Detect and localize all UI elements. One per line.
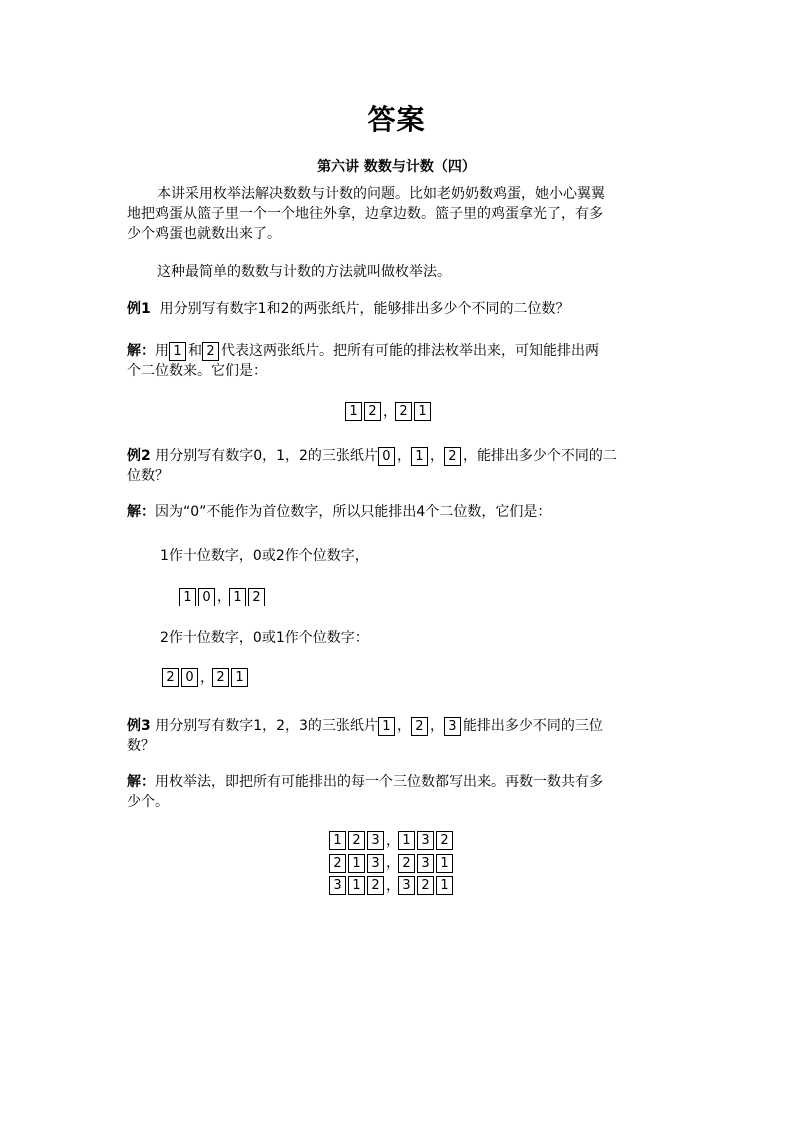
number-card: 3 — [367, 831, 384, 850]
example2-question: 例2 用分别写有数字0，1，2的三张纸片0，1，2，能排出多少个不同的二 — [127, 446, 617, 466]
example3-results: 123，132 213，231 312，321 — [329, 829, 455, 897]
example3-answer: 解：用枚举法，即把所有可能排出的每一个三位数都写出来。再数一数共有多 — [127, 772, 603, 792]
number-card: 1 — [329, 831, 346, 850]
number-card: 2 — [444, 447, 461, 466]
example3-answer-line2: 少个。 — [127, 792, 169, 812]
number-card: 1 — [348, 854, 365, 873]
lesson-subtitle: 第六讲 数数与计数（四） — [0, 156, 793, 176]
example3-question-line2: 数？ — [127, 736, 155, 756]
number-card: 3 — [417, 854, 434, 873]
number-card: 1 — [348, 876, 365, 895]
comma: ， — [430, 718, 444, 734]
separator: ， — [386, 852, 398, 874]
number-card: 2 — [395, 402, 412, 421]
number-card: 1 — [179, 588, 196, 606]
example1-answer-label: 解： — [127, 343, 155, 359]
comma: ， — [397, 448, 411, 464]
question-text: 能排出多少个不同的二 — [477, 448, 617, 464]
question-text: 用分别写有数字0，1，2的三张纸片 — [155, 448, 378, 464]
comma: ， — [463, 448, 477, 464]
intro-line-4: 这种最简单的数数与计数的方法就叫做枚举法。 — [157, 262, 451, 282]
number-card: 1 — [398, 831, 415, 850]
separator: ， — [217, 586, 229, 608]
example2-case1-results: 10，12 — [179, 585, 267, 608]
example2-case1: 1作十位数字，0或2作个位数字， — [160, 546, 369, 566]
number-card: 3 — [367, 854, 384, 873]
separator: ， — [386, 830, 398, 852]
example1-results: 12，21 — [345, 400, 433, 423]
example2-answer-label: 解： — [127, 504, 155, 520]
number-card: 1 — [229, 588, 246, 606]
example1-answer: 解：用1和2代表这两张纸片。把所有可能的排法枚举出来，可知能排出两 — [127, 341, 599, 361]
answer-text: 代表这两张纸片。把所有可能的排法枚举出来，可知能排出两 — [221, 343, 599, 359]
question-text: 用分别写有数字1，2，3的三张纸片 — [155, 718, 378, 734]
separator: ， — [200, 667, 212, 689]
number-card: 2 — [329, 854, 346, 873]
number-card: 1 — [345, 402, 362, 421]
example2-question-line2: 位数？ — [127, 466, 169, 486]
question-text: 能排出多少不同的三位 — [463, 718, 603, 734]
example3-question: 例3 用分别写有数字1，2，3的三张纸片1，2，3能排出多少不同的三位 — [127, 716, 603, 736]
number-card: 3 — [444, 717, 461, 736]
example1-question: 例1 用分别写有数字1和2的两张纸片，能够排出多少个不同的二位数？ — [127, 299, 569, 319]
intro-line-1: 本讲采用枚举法解决数数与计数的问题。比如老奶奶数鸡蛋，她小心翼翼 — [157, 184, 605, 204]
number-card: 1 — [414, 402, 431, 421]
number-card: 2 — [248, 588, 265, 606]
example2-label: 例2 — [127, 448, 151, 464]
number-card: 1 — [169, 342, 186, 361]
number-card: 0 — [198, 588, 215, 606]
intro-line-2: 地把鸡蛋从篮子里一个一个地往外拿，边拿边数。篮子里的鸡蛋拿光了，有多 — [127, 204, 603, 224]
answer-text: 和 — [188, 343, 202, 359]
example3-answer-label: 解： — [127, 774, 155, 790]
example2-answer: 解：因为“0”不能作为首位数字，所以只能排出4个二位数，它们是： — [127, 502, 551, 522]
number-card: 1 — [378, 717, 395, 736]
number-card: 2 — [436, 831, 453, 850]
number-card: 2 — [162, 668, 179, 687]
number-card: 2 — [212, 668, 229, 687]
number-card: 3 — [398, 876, 415, 895]
number-card: 2 — [364, 402, 381, 421]
page-title: 答案 — [0, 98, 793, 138]
example1-label: 例1 — [127, 301, 151, 317]
intro-line-3: 少个鸡蛋也就数出来了。 — [127, 224, 281, 244]
comma: ， — [397, 718, 411, 734]
number-card: 1 — [436, 854, 453, 873]
number-card: 1 — [231, 668, 248, 687]
separator: ， — [386, 875, 398, 897]
number-card: 0 — [378, 447, 395, 466]
answer-text: 用 — [155, 343, 169, 359]
number-card: 1 — [436, 876, 453, 895]
comma: ， — [430, 448, 444, 464]
example2-case2: 2作十位数字，0或1作个位数字： — [160, 628, 369, 648]
result-row: 312，321 — [329, 874, 455, 897]
number-card: 0 — [181, 668, 198, 687]
separator: ， — [383, 401, 395, 423]
example3-label: 例3 — [127, 718, 151, 734]
number-card: 2 — [398, 854, 415, 873]
answer-text: 用枚举法，即把所有可能排出的每一个三位数都写出来。再数一数共有多 — [155, 774, 603, 790]
example1-answer-line2: 个二位数来。它们是： — [127, 361, 267, 381]
result-row: 123，132 — [329, 829, 455, 852]
number-card: 3 — [329, 876, 346, 895]
number-card: 3 — [417, 831, 434, 850]
number-card: 1 — [411, 447, 428, 466]
number-card: 2 — [348, 831, 365, 850]
number-card: 2 — [417, 876, 434, 895]
example1-question-text: 用分别写有数字1和2的两张纸片，能够排出多少个不同的二位数？ — [160, 301, 570, 317]
result-row: 213，231 — [329, 852, 455, 875]
number-card: 2 — [367, 876, 384, 895]
example2-case2-results: 20，21 — [162, 666, 250, 689]
number-card: 2 — [411, 717, 428, 736]
number-card: 2 — [202, 342, 219, 361]
answer-text: 因为“0”不能作为首位数字，所以只能排出4个二位数，它们是： — [155, 504, 551, 520]
